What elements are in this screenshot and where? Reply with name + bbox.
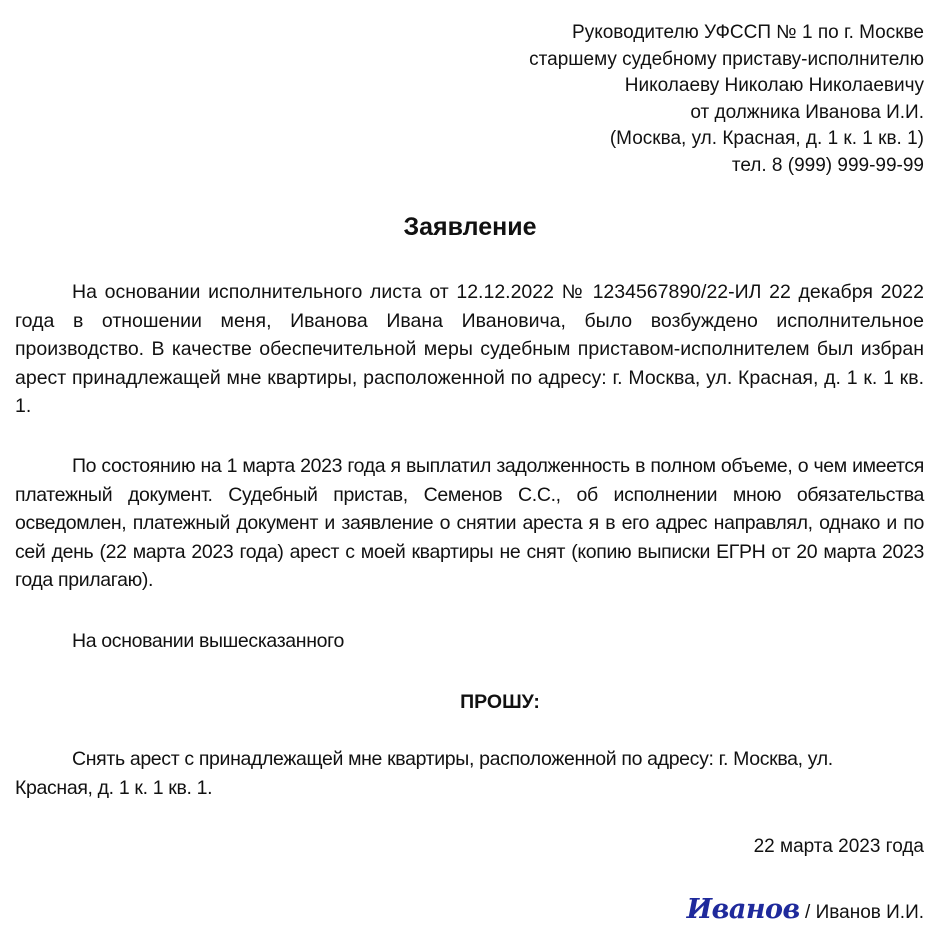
- paragraph-enforcement: На основании исполнительного листа от 12…: [15, 278, 924, 421]
- signatory-name: Иванов И.И.: [816, 902, 924, 923]
- addressee-line-sender: от должника Иванова И.И.: [529, 100, 924, 127]
- document-title: Заявление: [0, 210, 940, 244]
- document-date: 22 марта 2023 года: [754, 833, 924, 861]
- addressee-block: Руководителю УФССП № 1 по г. Москве стар…: [529, 20, 924, 179]
- handwritten-signature: Иванов: [687, 894, 800, 925]
- addressee-line-recipient: Руководителю УФССП № 1 по г. Москве: [529, 20, 924, 47]
- paragraph-payment: По состоянию на 1 марта 2023 года я выпл…: [15, 452, 924, 595]
- signature-block: Иванов / Иванов И.И.: [687, 892, 924, 931]
- addressee-line-name: Николаеву Николаю Николаевичу: [529, 73, 924, 100]
- request-text: Снять арест с принадлежащей мне квартиры…: [15, 745, 875, 802]
- paragraph-conclusion: На основании вышесказанного: [15, 627, 924, 656]
- addressee-line-phone: тел. 8 (999) 999-99-99: [529, 153, 924, 180]
- addressee-line-address: (Москва, ул. Красная, д. 1 к. 1 кв. 1): [529, 126, 924, 153]
- request-heading: ПРОШУ:: [0, 688, 944, 716]
- signature-separator: /: [805, 902, 810, 923]
- addressee-line-position: старшему судебному приставу-исполнителю: [529, 47, 924, 74]
